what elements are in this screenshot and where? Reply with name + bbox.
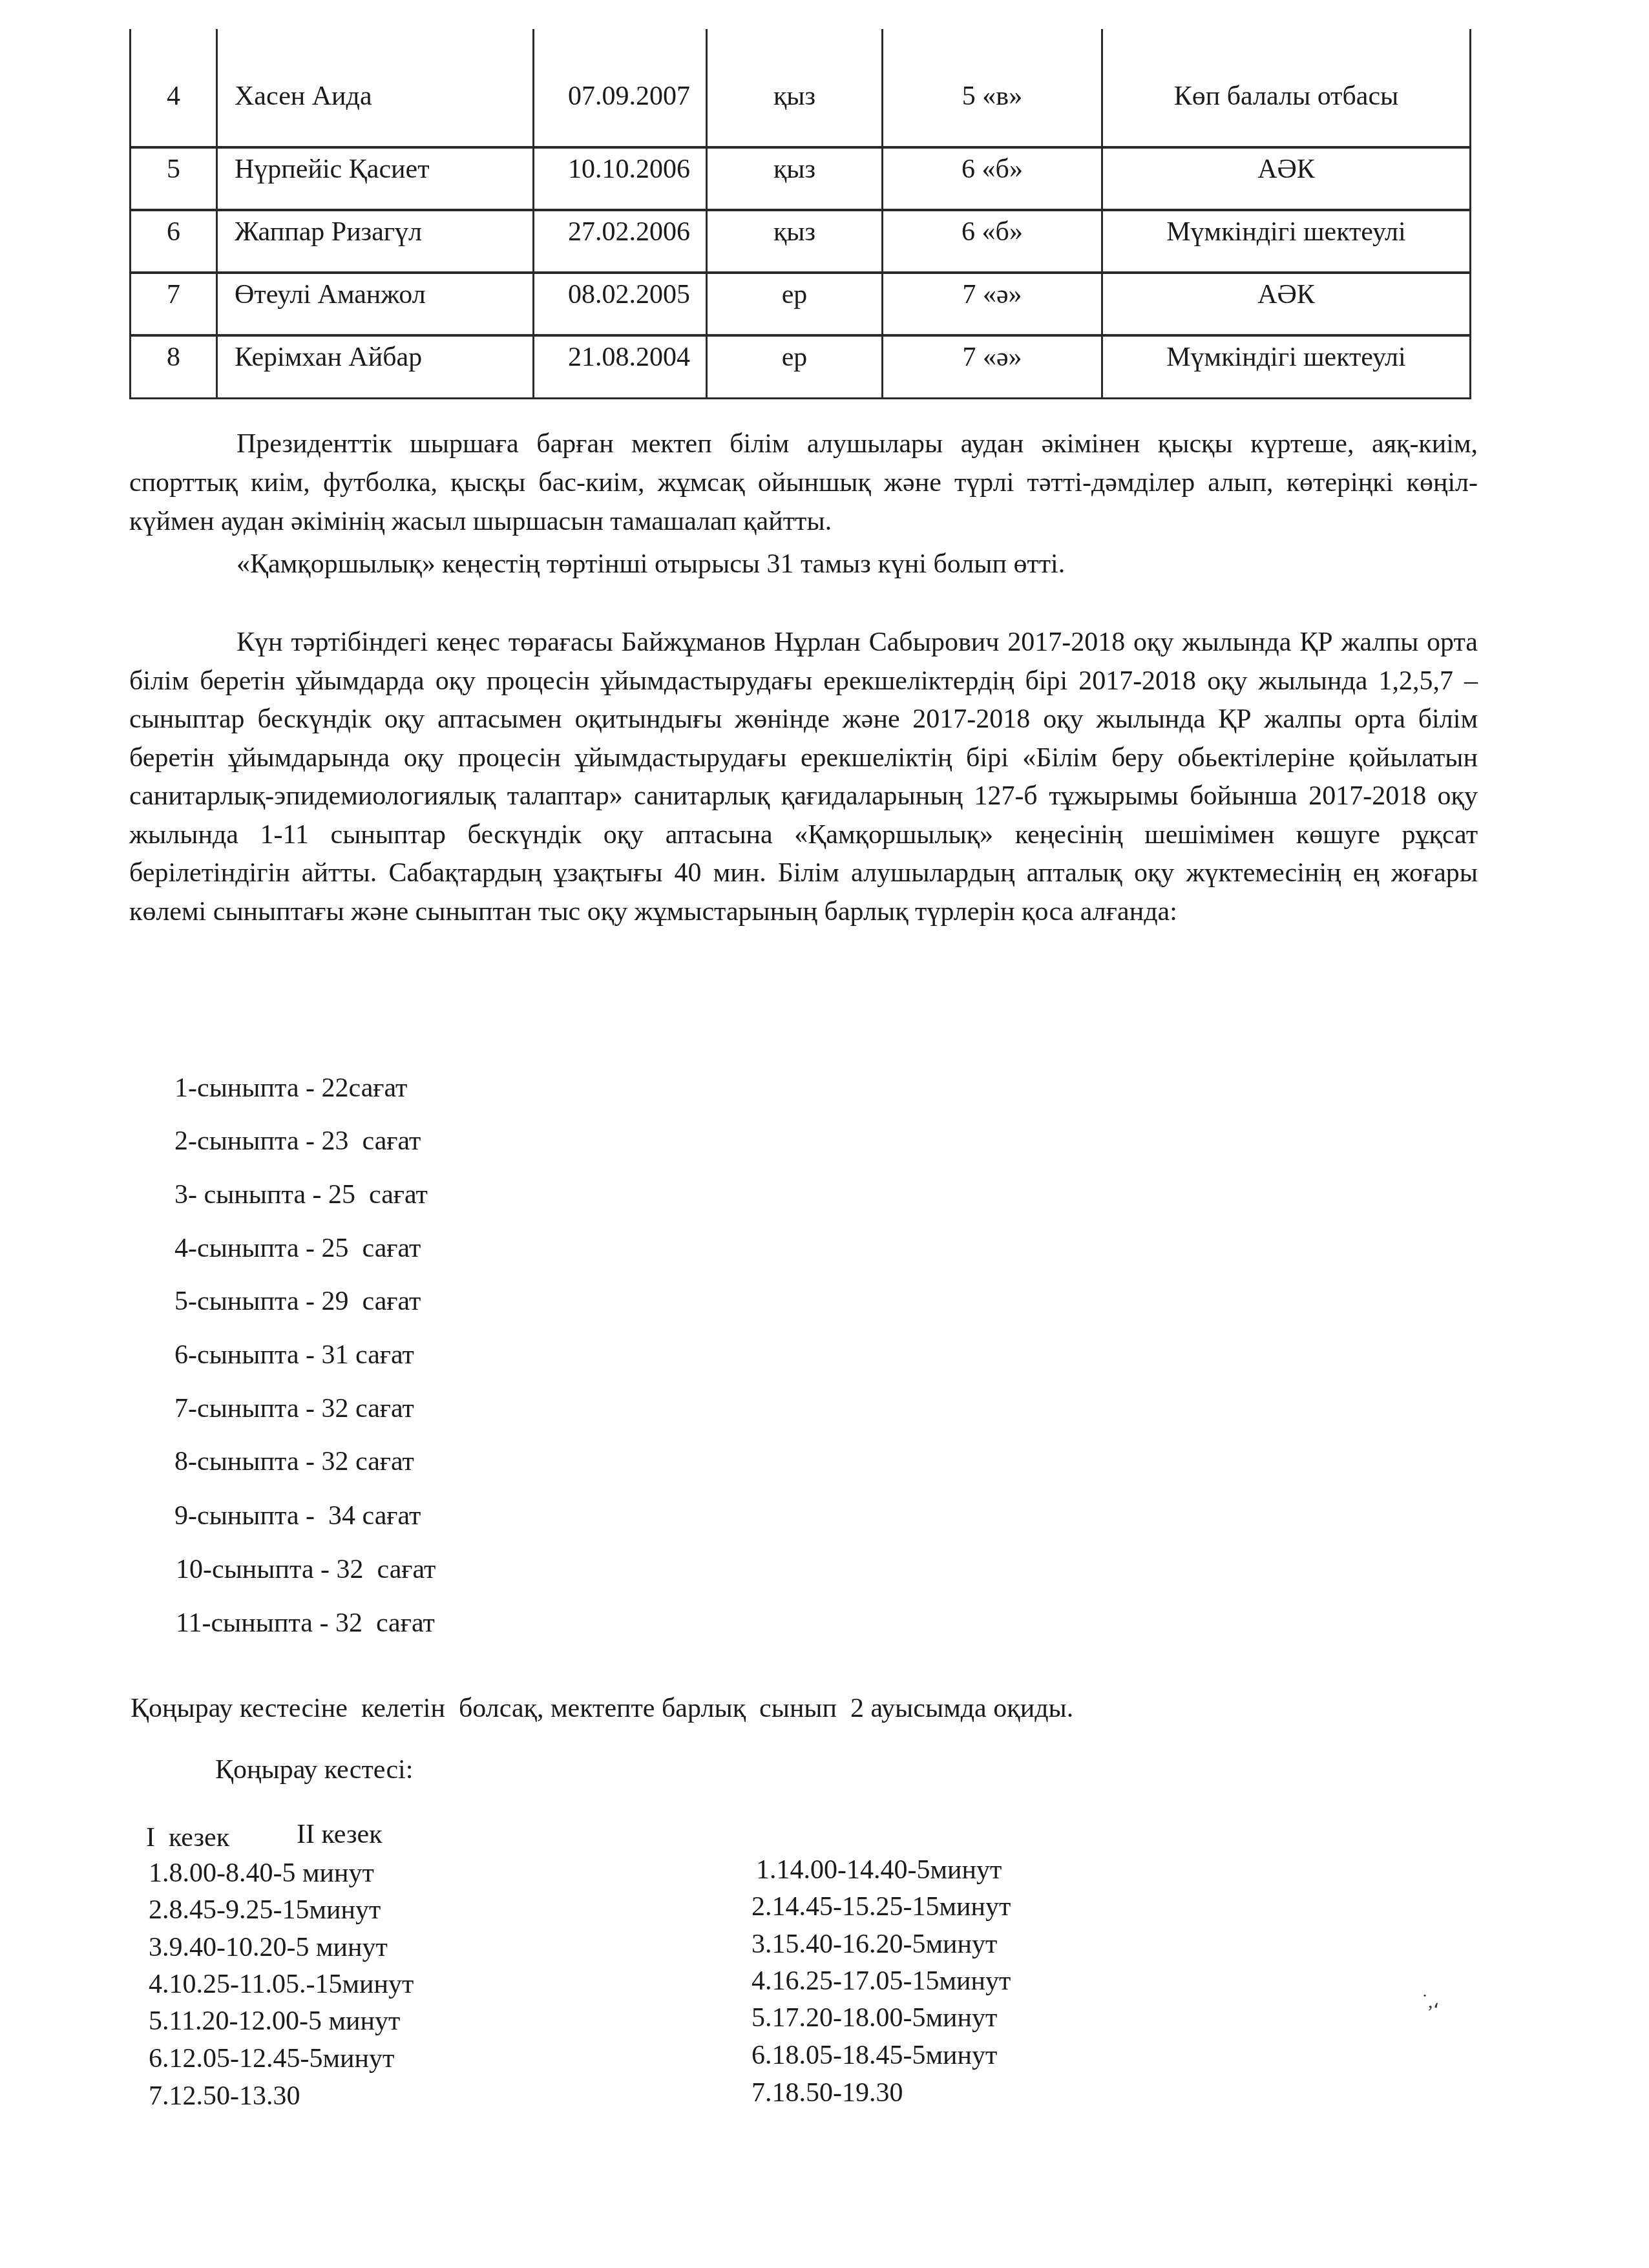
bell-schedule-title: Қоңырау кестесі: [215,1754,413,1785]
table-row: 5 Нүрпейіс Қасиет 10.10.2006 қыз 6 «б» А… [131,147,1471,210]
cell-class: 7 «ә» [883,335,1102,398]
cell-birth-date: 27.02.2006 [534,210,707,273]
list-item: 2.8.45-9.25-15минут [149,1895,381,1926]
list-item: 3.15.40-16.20-5минут [751,1929,997,1960]
list-item: 10-сыныпта - 32 сағат [176,1554,436,1585]
list-item: 6.12.05-12.45-5минут [149,2043,394,2074]
list-item: 11-сыныпта - 32 сағат [176,1608,435,1639]
cell-class: 5 «в» [883,29,1102,147]
list-item: 1.14.00-14.40-5минут [756,1854,1002,1885]
list-item: 5-сыныпта - 29 сағат [174,1286,421,1317]
scan-artifact-mark: ˙,، [1422,1990,1439,2013]
cell-name: Өтеулі Аманжол [217,273,534,335]
list-item: 8-сыныпта - 32 сағат [174,1446,414,1477]
cell-birth-date: 08.02.2005 [534,273,707,335]
shift-1-label: I кезек [146,1822,229,1853]
cell-sex: қыз [707,29,883,147]
list-item: 2.14.45-15.25-15минут [751,1891,1011,1922]
list-item: 4-сыныпта - 25 сағат [174,1233,421,1264]
list-item: 5.17.20-18.00-5минут [751,2002,997,2033]
cell-no: 8 [131,335,217,398]
cell-class: 7 «ә» [883,273,1102,335]
cell-sex: қыз [707,147,883,210]
cell-no: 6 [131,210,217,273]
cell-name: Керімхан Айбар [217,335,534,398]
cell-no: 7 [131,273,217,335]
cell-birth-date: 10.10.2006 [534,147,707,210]
cell-name: Жаппар Ризагүл [217,210,534,273]
paragraph-fourth-meeting: «Қамқоршылық» кеңестің төртінші отырысы … [129,545,1478,583]
cell-class: 6 «б» [883,210,1102,273]
cell-birth-date: 07.09.2007 [534,29,707,147]
paragraph-shifts: Қоңырау кестесіне келетін болсақ, мектеп… [131,1693,1073,1724]
table-row: 4 Хасен Аида 07.09.2007 қыз 5 «в» Көп ба… [131,29,1471,147]
cell-name: Хасен Аида [217,29,534,147]
list-item: 5.11.20-12.00-5 минут [149,2006,400,2037]
cell-birth-date: 21.08.2004 [534,335,707,398]
cell-category: АӘК [1102,147,1471,210]
list-item: 7-сыныпта - 32 сағат [174,1393,414,1424]
list-item: 6-сыныпта - 31 сағат [174,1339,414,1370]
table-row: 7 Өтеулі Аманжол 08.02.2005 ер 7 «ә» АӘК [131,273,1471,335]
cell-sex: қыз [707,210,883,273]
table-row: 6 Жаппар Ризагүл 27.02.2006 қыз 6 «б» Мү… [131,210,1471,273]
cell-sex: ер [707,335,883,398]
list-item: 4.10.25-11.05.-15минут [149,1969,414,2000]
shift-2-label: II кезек [297,1819,383,1850]
list-item: 3.9.40-10.20-5 минут [149,1932,388,1963]
list-item: 4.16.25-17.05-15минут [751,1966,1011,1997]
table-row: 8 Керімхан Айбар 21.08.2004 ер 7 «ә» Мүм… [131,335,1471,398]
cell-sex: ер [707,273,883,335]
cell-name: Нүрпейіс Қасиет [217,147,534,210]
list-item: 3- сыныпта - 25 сағат [174,1179,428,1210]
students-table: 4 Хасен Аида 07.09.2007 қыз 5 «в» Көп ба… [129,29,1471,399]
cell-category: Мүмкіндігі шектеулі [1102,335,1471,398]
list-item: 7.18.50-19.30 [751,2077,903,2108]
paragraph-agenda: Күн тәртібіндегі кеңес төрағасы Байжұман… [129,624,1478,931]
list-item: 1-сыныпта - 22сағат [174,1073,407,1104]
cell-no: 4 [131,29,217,147]
list-item: 6.18.05-18.45-5минут [751,2040,997,2071]
paragraph-christmas-tree: Президенттік шыршаға барған мектеп білім… [129,425,1478,541]
cell-category: Көп балалы отбасы [1102,29,1471,147]
cell-no: 5 [131,147,217,210]
list-item: 1.8.00-8.40-5 минут [149,1858,374,1889]
cell-category: АӘК [1102,273,1471,335]
list-item: 9-сыныпта - 34 сағат [174,1500,421,1531]
list-item: 2-сыныпта - 23 сағат [174,1126,421,1157]
document-page: 4 Хасен Аида 07.09.2007 қыз 5 «в» Көп ба… [0,0,1649,2268]
list-item: 7.12.50-13.30 [149,2081,300,2112]
cell-class: 6 «б» [883,147,1102,210]
cell-category: Мүмкіндігі шектеулі [1102,210,1471,273]
